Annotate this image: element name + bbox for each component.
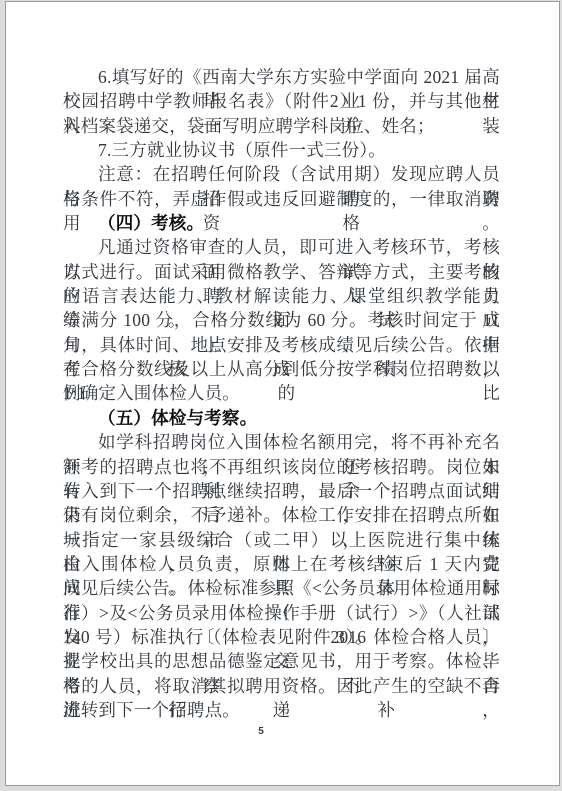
- text-line: 格条件不符，弄虚作假或违反回避制度的，一律取消聘用资格。: [63, 187, 500, 211]
- text-line: 行）>及<公务员录用体检操作手册（试行）>》（人社部发〔2016〕: [63, 601, 500, 625]
- text-line: 140 号）标准执行（体检表见附件 3）。体检合格人员，提交毕: [63, 625, 500, 649]
- text-line: 一指定一家县级综合（或二甲）以上医院进行集中体检，体检费: [63, 528, 500, 552]
- text-line: 仍有岗位剩余，不予递补。体检工作安排在招聘点所在城市，统: [63, 503, 500, 527]
- text-line: 在合格分数线及以上从高分到低分按学科岗位招聘数以 1:1 的比: [63, 357, 500, 381]
- text-line: 由入围体检人员负责，原则上在考核结束后 1 天内完成。具体时: [63, 552, 500, 576]
- text-line: 6.填写好的《西南大学东方实验中学面向 2021 届高校毕业生: [63, 65, 500, 89]
- text-line: 的语言表达能力、教材解读能力、课堂组织教学能力等。面试成: [63, 284, 500, 308]
- section-heading-5: （五）体检与考察。: [63, 406, 500, 430]
- text-line: 7.三方就业协议书（原件一式三份）。: [63, 138, 500, 162]
- text-line: 格的人员，将取消其拟聘用资格。因此产生的空缺不再进行递补，: [63, 674, 500, 698]
- document-page: 6.填写好的《西南大学东方实验中学面向 2021 届高校毕业生 校园招聘中学教师…: [5, 1, 560, 786]
- text-line: 转入到下一个招聘点继续招聘，最后一个招聘点面试结束后，如: [63, 479, 500, 503]
- page-number: 5: [6, 726, 516, 737]
- text-line: 方式进行。面试采用微格教学、答辩等方式，主要考核应聘人员: [63, 260, 500, 284]
- document-viewer: 6.填写好的《西南大学东方实验中学面向 2021 届高校毕业生 校园招聘中学教师…: [0, 0, 562, 791]
- text-line: 旬，具体时间、地点安排及考核成绩见后续公告。依据考核成绩，: [63, 333, 500, 357]
- text-line: 注意：在招聘任何阶段（含试用期）发现应聘人员与招聘资: [63, 162, 500, 186]
- text-line: 开考的招聘点也将不再组织该岗位的考核招聘。岗位如有剩余则: [63, 455, 500, 479]
- text-line: 间见后续公告。体检标准参照《<公务员录用体检通用标准（试: [63, 576, 500, 600]
- document-text-block: 6.填写好的《西南大学东方实验中学面向 2021 届高校毕业生 校园招聘中学教师…: [63, 65, 500, 722]
- text-line: 凡通过资格审查的人员，即可进入考核环节，考核以面试的: [63, 235, 500, 259]
- text-line: 校园招聘中学教师报名表》（附件2）1 份，并与其他材料一并装: [63, 89, 500, 113]
- text-line: 如学科招聘岗位入围体检名额用完，将不再补充名额，还未: [63, 430, 500, 454]
- text-line: 绩满分 100 分，合格分数线为 60 分。考核时间定于 11 月上、中: [63, 308, 500, 332]
- text-line: 业学校出具的思想品德鉴定意见书，用于考察。体检、考察不合: [63, 649, 500, 673]
- text-line: 入档案袋递交，袋面写明应聘学科岗位、姓名；: [63, 114, 500, 138]
